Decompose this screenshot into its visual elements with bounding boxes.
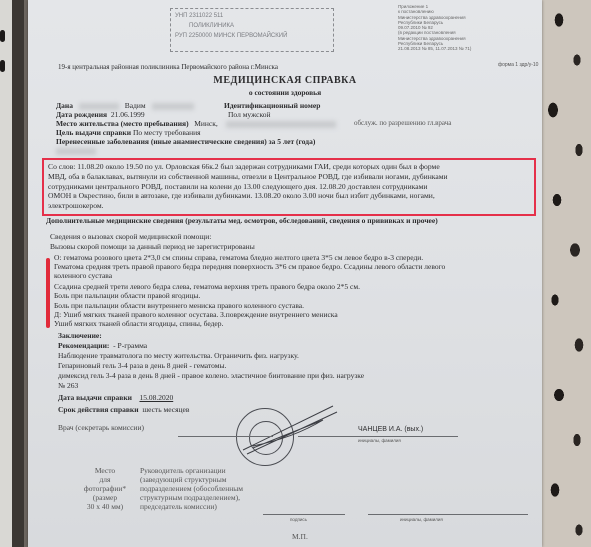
head-of-organization: Руководитель организации (заведующий стр…	[140, 466, 243, 511]
doctor-signature	[233, 398, 353, 458]
form-number: форма 1 здр/у-10	[498, 63, 538, 69]
testimony-line: МВД, оба в балаклавах, вытянули из собст…	[48, 172, 530, 182]
purpose-row: Цель выдачи справки По месту требования	[56, 128, 201, 137]
document-subtitle: о состоянии здоровья	[28, 88, 542, 97]
validity-row: Срок действия справки шесть месяцев	[58, 405, 189, 414]
sex-row: Пол мужской	[228, 110, 271, 119]
doctor-label: Врач (секретарь комиссии)	[58, 423, 144, 432]
leopard-fabric-background	[539, 0, 591, 547]
medical-certificate: УНП 2311022 511 ПОЛИКЛИНИКА РУП 2250000 …	[28, 0, 542, 547]
recommendation-line: Гепариновый гель 3-4 раза в день 8 дней …	[58, 361, 226, 370]
testimony-line: ОМОН в Окрестино, били в автозаке, где и…	[48, 191, 530, 201]
residence-row: Место жительства (место пребывания) Минс…	[56, 119, 336, 128]
recommendation-line: димексид гель 3-4 раза в день 8 дней - п…	[58, 371, 364, 380]
stamp-line: РУП 2250000 МИНСК ПЕРВОМАЙСКИЙ	[175, 31, 329, 41]
ambulance-value: Вызовы скорой помощи за данный период не…	[50, 242, 255, 251]
birth-date-row: Дата рождения 21.06.1999	[56, 110, 145, 119]
testimony-line: Со слов: 11.08.20 около 19.50 по ул. Орл…	[48, 162, 530, 172]
binder-edge	[0, 0, 30, 547]
exam-line: Ссадина средней трети левого бедра слева…	[54, 282, 360, 291]
signature-line	[178, 436, 273, 437]
exam-line: Гематома средняя треть правой правого бе…	[54, 262, 445, 271]
exam-line: Ушиб мягких тканей области ягодицы, спин…	[54, 319, 223, 328]
highlighted-testimony: Со слов: 11.08.20 около 19.50 по ул. Орл…	[42, 158, 536, 216]
name-line	[298, 436, 458, 437]
initials-caption: инициалы, фамилия	[358, 438, 401, 444]
additional-info-label: Дополнительные медицинские сведения (рез…	[46, 216, 438, 225]
testimony-line: сотрудниками центрального РОВД, поставил…	[48, 182, 530, 192]
recommendation-line: Наблюдение травматолога по месту жительс…	[58, 351, 299, 360]
conclusion-label: Заключение:	[58, 331, 102, 340]
first-name: Вадим	[125, 101, 146, 110]
signature-caption: подпись	[290, 517, 307, 523]
exam-line: Боль при пальпации области внутреннего м…	[54, 301, 304, 310]
diseases-label: Перенесенные заболевания (иные анамнести…	[56, 137, 315, 146]
issued-to-row: Дана Вадим	[56, 101, 198, 110]
document-title: МЕДИЦИНСКАЯ СПРАВКА	[28, 75, 542, 86]
head-signature-line	[263, 514, 345, 515]
stamp-line: УНП 2311022 511	[175, 11, 329, 21]
photo-placeholder: Место для фотографии* (размер 30 х 40 мм…	[80, 466, 130, 511]
recommendation-line: № 263	[58, 381, 78, 390]
redacted-field	[56, 148, 96, 155]
clinic-name: 19-я центральная районная поликлиника Пе…	[58, 63, 278, 72]
id-number-label: Идентификационный номер	[224, 101, 320, 110]
birth-date: 21.06.1999	[111, 110, 145, 119]
exam-line: Д: Ушиб мягких тканей правого коленног о…	[54, 310, 338, 319]
stamp-line: ПОЛИКЛИНИКА	[175, 21, 329, 31]
binder-hole	[0, 60, 5, 72]
issue-date-row: Дата выдачи справки 15.08.2020	[58, 393, 173, 402]
exam-line: Боль при пальпации области правой ягодиц…	[54, 291, 200, 300]
issue-date: 15.08.2020	[139, 393, 173, 402]
exam-line: коленного сустава	[54, 271, 112, 280]
seal-mark: М.П.	[292, 532, 308, 541]
doctor-name: ЧАНЦЕВ И.А. (вых.)	[358, 425, 423, 434]
service-note: обслуж. по разрешению гл.врача	[354, 119, 451, 128]
ambulance-header: Сведения о вызовах скорой медицинской по…	[50, 232, 211, 241]
testimony-line: электрошокером.	[48, 201, 530, 211]
red-marker-line	[46, 258, 50, 328]
head-name-line	[368, 514, 528, 515]
exam-line: О: гематома розового цвета 2*3,0 см спин…	[54, 253, 423, 262]
initials-caption-2: инициалы, фамилия	[400, 517, 443, 523]
appendix-note: Приложение 1 к постановлению Министерств…	[398, 4, 471, 52]
recommendations-row: Рекомендации: - Р-грамма	[58, 341, 147, 350]
binder-hole	[0, 30, 5, 42]
registration-stamp: УНП 2311022 511 ПОЛИКЛИНИКА РУП 2250000 …	[170, 8, 334, 52]
